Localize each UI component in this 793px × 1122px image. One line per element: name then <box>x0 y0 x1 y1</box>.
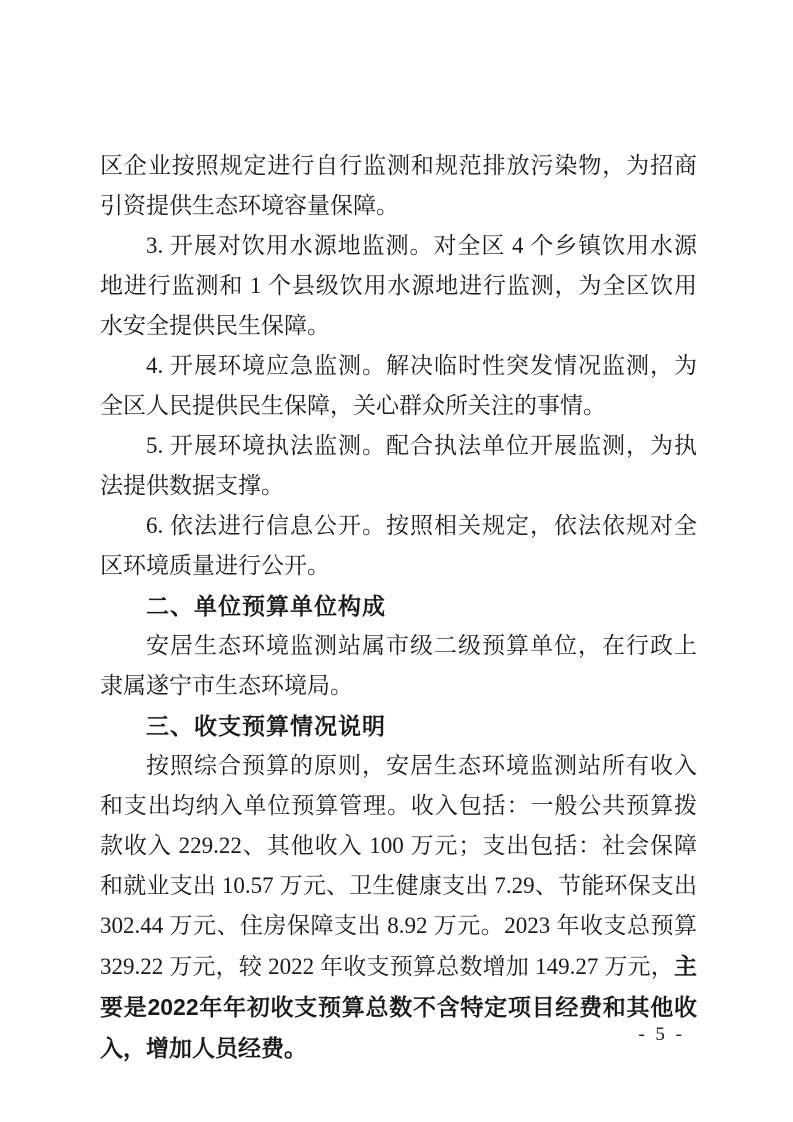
paragraph-item-6-information-disclosure: 6. 依法进行信息公开。按照相关规定，依法依规对全区环境质量进行公开。 <box>100 506 697 586</box>
section-heading-unit-composition: 二、单位预算单位构成 <box>100 586 697 626</box>
paragraph-unit-composition: 安居生态环境监测站属市级二级预算单位，在行政上隶属遂宁市生态环境局。 <box>100 626 697 706</box>
document-page: 区企业按照规定进行自行监测和规范排放污染物，为招商引资提供生态环境容量保障。 3… <box>0 0 793 1122</box>
paragraph-item-3-drinking-water-monitoring: 3. 开展对饮用水源地监测。对全区 4 个乡镇饮用水源地进行监测和 1 个县级饮… <box>100 226 697 346</box>
paragraph-item-4-emergency-monitoring: 4. 开展环境应急监测。解决临时性突发情况监测，为全区人民提供民生保障，关心群众… <box>100 346 697 426</box>
page-number: - 5 - <box>638 1024 685 1046</box>
paragraph-item-5-enforcement-monitoring: 5. 开展环境执法监测。配合执法单位开展监测，为执法提供数据支撑。 <box>100 426 697 506</box>
budget-summary-normal-text: 按照综合预算的原则，安居生态环境监测站所有收入和支出均纳入单位预算管理。收入包括… <box>100 753 697 979</box>
section-heading-budget-explanation: 三、收支预算情况说明 <box>100 706 697 746</box>
paragraph-continuation-pollution-monitoring: 区企业按照规定进行自行监测和规范排放污染物，为招商引资提供生态环境容量保障。 <box>100 146 697 226</box>
paragraph-budget-summary: 按照综合预算的原则，安居生态环境监测站所有收入和支出均纳入单位预算管理。收入包括… <box>100 746 697 1069</box>
